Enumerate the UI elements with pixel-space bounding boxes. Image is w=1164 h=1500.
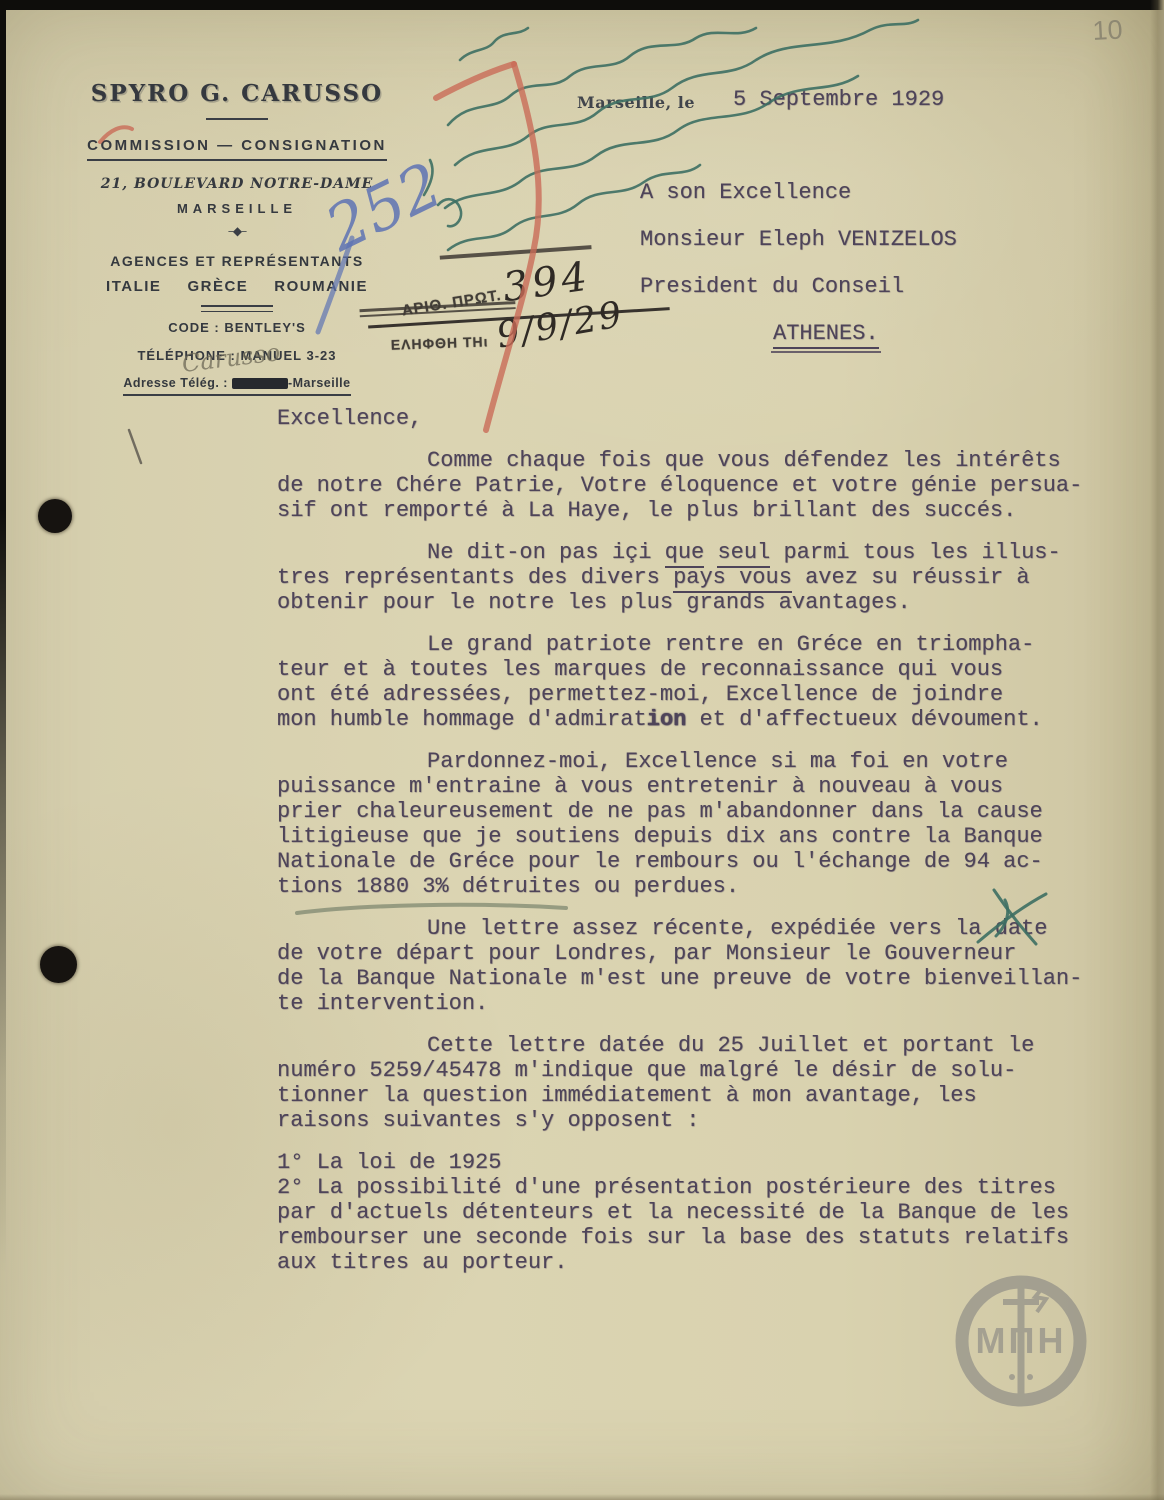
street-address: 21, BOULEVARD NOTRE-DAME xyxy=(76,176,398,192)
recipient-city: ATHENES. xyxy=(773,321,879,349)
archive-watermark: ΜΠΗ xyxy=(962,1282,1080,1400)
text-line: Une lettre assez récente, expédiée vers … xyxy=(277,916,1117,941)
paragraph: 1° La loi de 19252° La possibilité d'une… xyxy=(277,1150,1117,1275)
country-roumanie: ROUMANIE xyxy=(274,278,368,295)
scanned-letter-page: SPYRO G. CARUSSO COMMISSION — CONSIGNATI… xyxy=(0,0,1164,1500)
text-line: Nationale de Gréce pour le rembours ou l… xyxy=(277,849,1117,874)
country-italie: ITALIE xyxy=(106,278,161,295)
phone-line: TÉLÉPHONE : MANUEL 3-23 xyxy=(76,348,398,363)
punch-hole-bottom xyxy=(40,946,77,983)
letter-body: Excellence, Comme chaque fois que vous d… xyxy=(277,406,1117,1292)
letterhead: SPYRO G. CARUSSO COMMISSION — CONSIGNATI… xyxy=(76,80,398,396)
paragraph: Cette lettre datée du 25 Juillet et port… xyxy=(277,1033,1117,1133)
countries-line: ITALIEGRÈCEROUMANIE xyxy=(76,278,398,295)
recipient-line: A son Excellence xyxy=(640,180,957,205)
text-line: tres représentants des divers pays vous … xyxy=(277,565,1117,590)
page-number: 10 xyxy=(1092,14,1124,46)
agences-line: AGENCES ET REPRÉSENTANTS xyxy=(76,253,398,269)
text-line: 1° La loi de 1925 xyxy=(277,1150,1117,1175)
paragraph: Pardonnez-moi, Excellence si ma foi en v… xyxy=(277,749,1117,899)
text-line: mon humble hommage d'admiration et d'aff… xyxy=(277,707,1117,732)
country-grece: GRÈCE xyxy=(187,278,248,295)
letterhead-double-rule xyxy=(201,305,273,312)
text-line: Ne dit-on pas içi que seul parmi tous le… xyxy=(277,540,1117,565)
dateline-printed: Marseille, le xyxy=(577,93,695,112)
text-line: tions 1880 3% détruites ou perdues. xyxy=(277,874,1117,899)
scan-edge-right xyxy=(1150,0,1164,1500)
text-line: te intervention. xyxy=(277,991,1117,1016)
scan-edge-bottom xyxy=(0,1494,1164,1500)
pencil-tick xyxy=(129,430,141,463)
text-line: ont été adressées, permettez-moi, Excell… xyxy=(277,682,1117,707)
scan-edge-top xyxy=(0,0,1164,10)
paragraph: Comme chaque fois que vous défendez les … xyxy=(277,448,1117,523)
text-line: de votre départ pour Londres, par Monsie… xyxy=(277,941,1117,966)
text-line: Cette lettre datée du 25 Juillet et port… xyxy=(277,1033,1117,1058)
text-line: obtenir pour le notre les plus grands av… xyxy=(277,590,1117,615)
commission-line: COMMISSION — CONSIGNATION xyxy=(87,137,387,161)
text-line: teur et à toutes les marques de reconnai… xyxy=(277,657,1117,682)
scan-edge-left xyxy=(0,0,6,1500)
paragraph: Une lettre assez récente, expédiée vers … xyxy=(277,916,1117,1016)
dateline-typed-date: 5 Septembre 1929 xyxy=(733,87,944,112)
text-line: rembourser une seconde fois sur la base … xyxy=(277,1225,1117,1250)
text-line: prier chaleureusement de ne pas m'abando… xyxy=(277,799,1117,824)
punch-hole-top xyxy=(38,499,72,533)
text-line: par d'actuels détenteurs et la necessité… xyxy=(277,1200,1117,1225)
text-line: aux titres au porteur. xyxy=(277,1250,1117,1275)
paragraph: Le grand patriote rentre en Gréce en tri… xyxy=(277,632,1117,732)
salutation: Excellence, xyxy=(277,406,1117,431)
text-line: Pardonnez-moi, Excellence si ma foi en v… xyxy=(277,749,1117,774)
letter-paragraphs: Comme chaque fois que vous défendez les … xyxy=(277,448,1117,1275)
text-line: Comme chaque fois que vous défendez les … xyxy=(277,448,1117,473)
text-line: de notre Chére Patrie, Votre éloquence e… xyxy=(277,473,1117,498)
company-name: SPYRO G. CARUSSO xyxy=(76,80,398,107)
city-name: MARSEILLE xyxy=(76,201,398,216)
text-line: tionner la question immédiatement à mon … xyxy=(277,1083,1117,1108)
stamp-received-label: ΕΛΗΦΘΗ ΤΗι xyxy=(391,333,489,352)
text-line: sif ont remporté à La Haye, le plus bril… xyxy=(277,498,1117,523)
text-line: de la Banque Nationale m'est une preuve … xyxy=(277,966,1117,991)
redacted-telegraph-name xyxy=(232,378,288,389)
paragraph: Ne dit-on pas içi que seul parmi tous le… xyxy=(277,540,1117,615)
svg-text:ΜΠΗ: ΜΠΗ xyxy=(976,1320,1067,1361)
text-line: puissance m'entraine à vous entretenir à… xyxy=(277,774,1117,799)
protocol-stamp: ΑΡΙΘ. ΠΡΩΤ. 394 ΕΛΗΦΘΗ ΤΗι 9/9/29 xyxy=(356,244,701,396)
telegraph-line: Adresse Télég. : -Marseille xyxy=(123,376,350,396)
code-line: CODE : BENTLEY'S xyxy=(76,320,398,335)
text-line: litigieuse que je soutiens depuis dix an… xyxy=(277,824,1117,849)
diamond-ornament: –◆– xyxy=(76,224,398,238)
text-line: Le grand patriote rentre en Gréce en tri… xyxy=(277,632,1117,657)
text-line: 2° La possibilité d'une présentation pos… xyxy=(277,1175,1117,1200)
text-line: raisons suivantes s'y opposent : xyxy=(277,1108,1117,1133)
text-line: numéro 5259/45478 m'indique que malgré l… xyxy=(277,1058,1117,1083)
